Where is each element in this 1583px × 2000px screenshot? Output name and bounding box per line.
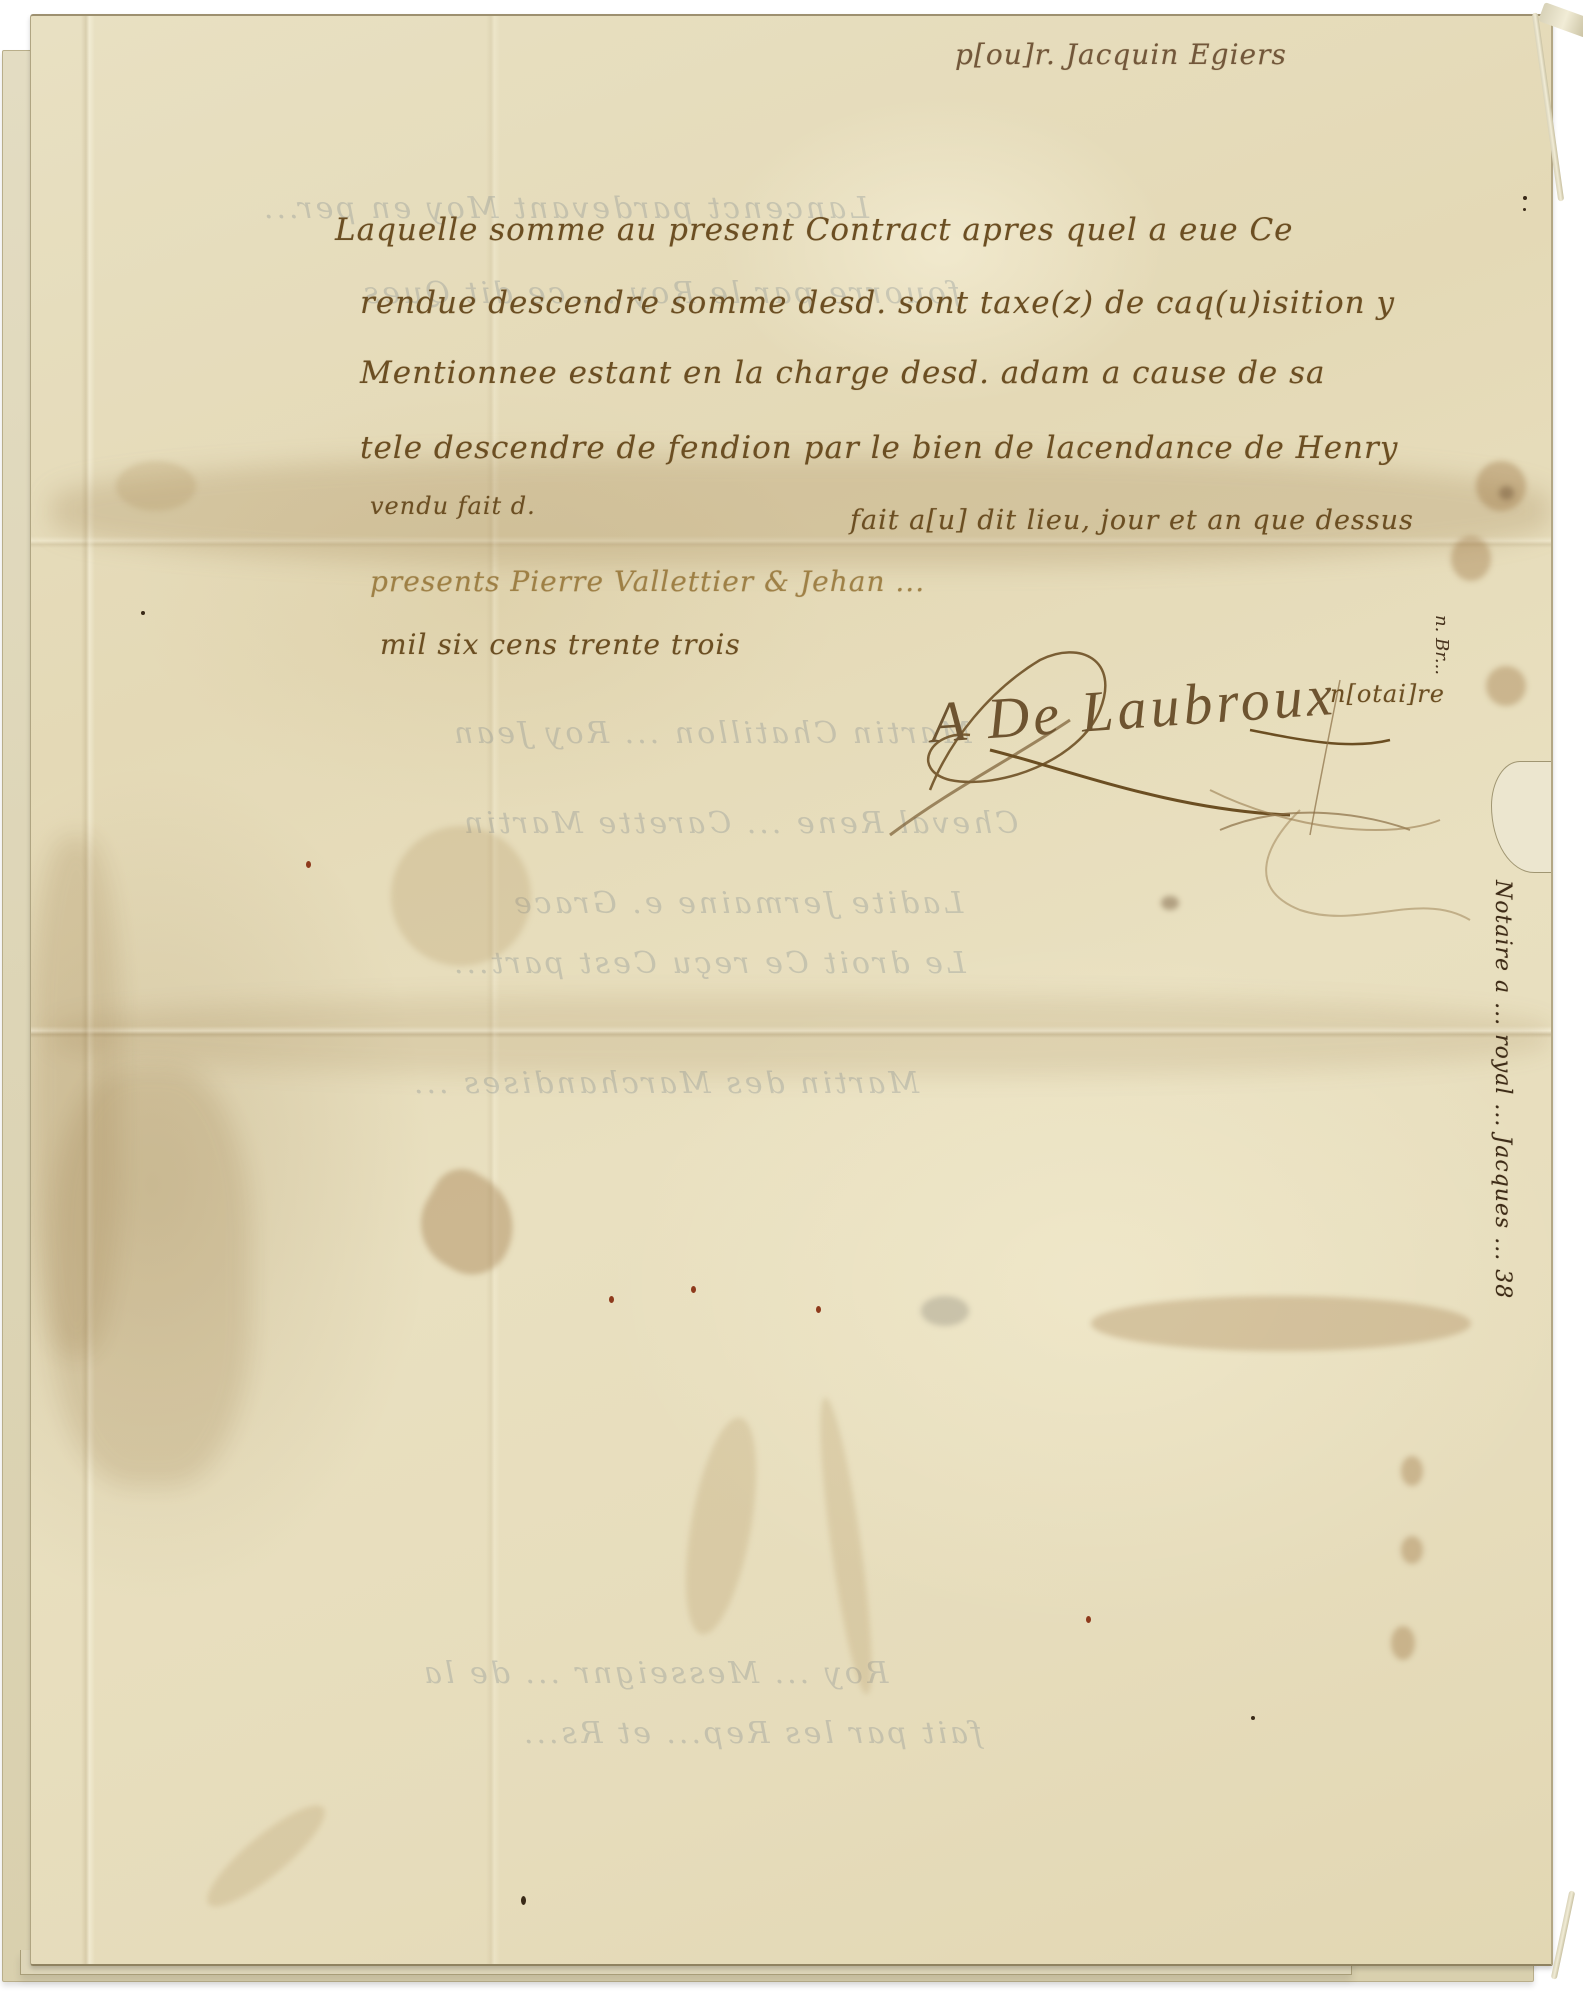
rust-speck bbox=[1086, 1616, 1091, 1623]
grey-stain bbox=[921, 1296, 969, 1326]
rust-speck bbox=[816, 1306, 821, 1313]
ink-speck bbox=[1251, 1716, 1255, 1720]
torn-edge bbox=[1491, 761, 1553, 873]
dark-spot bbox=[1161, 896, 1179, 910]
ink-speck bbox=[521, 1896, 526, 1905]
body-line-6: fait a[u] dit lieu, jour et an que dessu… bbox=[850, 505, 1414, 536]
header-note: p[ou]r. Jacquin Egiers bbox=[955, 38, 1287, 71]
brown-stain bbox=[1476, 461, 1526, 511]
bleed-through-line: Roy ... Messeignr ... de la bbox=[421, 1656, 888, 1691]
brown-drip bbox=[1401, 1456, 1423, 1486]
rust-speck bbox=[306, 861, 311, 868]
margin-note-small: n. Br... bbox=[1431, 615, 1452, 675]
water-stain-band-lower bbox=[51, 996, 1551, 1076]
body-line-1: Laquelle somme au present Contract apres… bbox=[335, 212, 1294, 248]
body-line-7: presents Pierre Vallettier & Jehan ... bbox=[370, 565, 925, 598]
brown-stain bbox=[1451, 536, 1491, 581]
body-line-4: tele descendre de fendion par le bien de… bbox=[360, 430, 1398, 466]
edge-stain-left-upper bbox=[31, 836, 121, 1356]
closing-date-line: mil six cens trente trois bbox=[380, 628, 741, 661]
brown-drip bbox=[1391, 1626, 1415, 1660]
dark-spot bbox=[1499, 486, 1514, 500]
bleed-through-line: Martin des Marchandises ... bbox=[411, 1066, 919, 1101]
bleed-through-line: Ladite Jermaine e. Grace bbox=[511, 886, 963, 921]
body-line-5: vendu fait d. bbox=[370, 492, 536, 520]
body-line-2: rendue descendre somme desd. sont taxe(z… bbox=[360, 285, 1395, 321]
drip-stain bbox=[196, 1792, 337, 1919]
light-stain bbox=[391, 826, 531, 966]
rust-speck bbox=[609, 1296, 614, 1303]
bleed-through-line: Le droit Ce reçu Cest part... bbox=[451, 946, 966, 981]
brown-stain bbox=[1486, 666, 1526, 706]
brown-drip bbox=[1401, 1536, 1423, 1564]
light-stain bbox=[116, 461, 196, 511]
rust-speck bbox=[691, 1286, 696, 1293]
ink-speck bbox=[1523, 208, 1526, 211]
ink-speck bbox=[141, 611, 145, 615]
scan-canvas: Lancenct pardevant Moy en per... fouorre… bbox=[0, 0, 1583, 2000]
brown-stain-streak bbox=[1091, 1296, 1471, 1351]
drip-stain bbox=[672, 1412, 769, 1639]
secondary-flourish bbox=[1190, 770, 1490, 950]
body-line-3: Mentionnee estant en la charge desd. ada… bbox=[360, 355, 1326, 391]
signature-suffix: n[otai]re bbox=[1330, 680, 1445, 708]
bleed-through-line: fait par les Rep... et Rs... bbox=[521, 1716, 982, 1751]
binding-string bbox=[1551, 1890, 1576, 1979]
drip-stain bbox=[810, 1395, 881, 1696]
brown-stain bbox=[404, 1159, 534, 1289]
margin-note-vertical: Notaire a ... royal ... Jacques ... 38 bbox=[1490, 880, 1515, 1299]
ink-speck bbox=[1523, 196, 1527, 200]
